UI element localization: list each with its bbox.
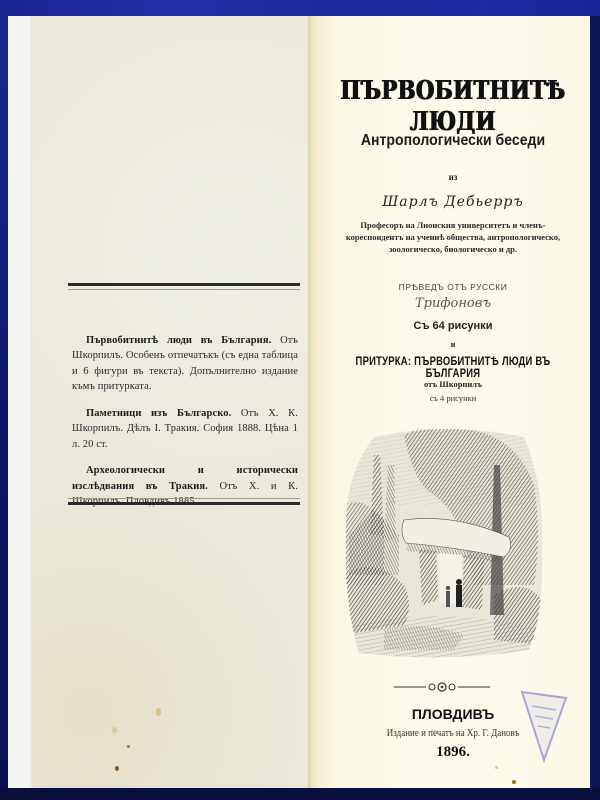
appendix-title: ПРИТУРКА: ПЪРВОБИТНИТѢ ЛЮДИ ВЪ БЪЛГАРИЯ xyxy=(341,356,566,380)
from-label: из xyxy=(316,172,590,182)
and-label: и xyxy=(316,340,590,349)
book-subtitle: Антропологически беседи xyxy=(332,132,573,150)
foxing-stain xyxy=(495,766,498,769)
foxing-stain xyxy=(127,745,130,748)
author-credentials: Професоръ на Лионския университетъ и чле… xyxy=(336,219,570,255)
ad-title: Първобитнитѣ люди въ България. xyxy=(86,335,271,346)
bottom-double-rule xyxy=(68,498,300,505)
foxing-stain xyxy=(512,780,516,784)
library-stamp xyxy=(520,688,568,764)
advertisement-item: Паметници изъ Българско. Отъ Х. К. Шкорп… xyxy=(72,406,298,453)
translated-label: ПРѢВЕДЪ ОТЪ РУССКИ xyxy=(316,282,590,292)
translator-name: Трифоновъ xyxy=(316,296,590,311)
appendix-drawings: съ 4 рисунки xyxy=(316,393,590,403)
bottom-shadow xyxy=(0,788,600,800)
advertisement-item: Първобитнитѣ люди въ България. Отъ Шкорп… xyxy=(72,333,298,395)
foxing-stain xyxy=(115,766,119,771)
page-edge-shadow xyxy=(590,16,600,789)
drawings-count: Съ 64 рисунки xyxy=(316,320,590,332)
decorative-ornament xyxy=(392,680,492,694)
foxing-stain xyxy=(112,727,117,733)
book-title: ПЪРВОБИТНИТѢ ЛЮДИ xyxy=(316,74,590,137)
advertisement-list: Първобитнитѣ люди въ България. Отъ Шкорп… xyxy=(72,322,298,521)
top-double-rule xyxy=(68,283,300,290)
ad-title: Паметници изъ Българско. xyxy=(86,408,231,419)
author-name: Шарлъ Дебьерръ xyxy=(316,194,590,210)
dolmen-engraving-illustration xyxy=(344,425,544,660)
appendix-author: отъ Шкорпилъ xyxy=(316,379,590,389)
foxing-stain xyxy=(156,708,161,716)
